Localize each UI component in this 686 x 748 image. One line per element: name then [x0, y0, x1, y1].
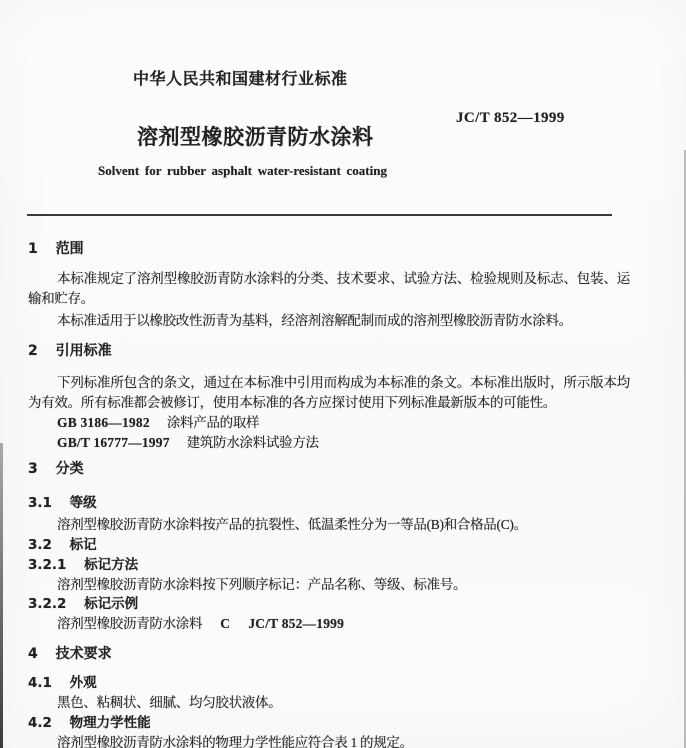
document-title-en: Solvent for rubber asphalt water-resista… [98, 163, 387, 179]
paragraph: 溶剂型橡胶沥青防水涂料的物理力学性能应符合表 1 的规定。 [28, 733, 630, 748]
example-product-name: 溶剂型橡胶沥青防水涂料 [57, 616, 202, 631]
reference-code: GB/T 16777—1997 [57, 435, 170, 450]
section-heading-references: 2 引用标准 [28, 341, 630, 361]
section-number: 1 [28, 239, 38, 259]
paragraph: 溶剂型橡胶沥青防水涂料按产品的抗裂性、低温柔性分为一等品(B)和合格品(C)。 [28, 515, 630, 535]
paragraph: 本标准适用于以橡胶改性沥青为基料，经溶剂溶解配制而成的溶剂型橡胶沥青防水涂料。 [28, 311, 630, 331]
clause-number: 3.2 [28, 535, 52, 555]
clause-title: 物理力学性能 [70, 715, 151, 731]
standard-code: JC/T 852—1999 [456, 110, 565, 127]
section-number: 4 [28, 644, 38, 664]
example-grade: C [220, 616, 230, 631]
paragraph: 下列标准所包含的条文，通过在本标准中引用而构成为本标准的条文。本标准出版时，所示… [28, 373, 630, 413]
clause-heading-appearance: 4.1 外观 [28, 673, 630, 693]
reference-code: GB 3186—1982 [57, 415, 150, 430]
marking-example: 溶剂型橡胶沥青防水涂料 C JC/T 852—1999 [28, 614, 659, 634]
clause-heading-grade: 3.1 等级 [28, 493, 630, 513]
clause-number: 3.1 [28, 493, 52, 513]
clause-title: 标记示例 [84, 596, 138, 612]
section-title: 技术要求 [56, 646, 112, 662]
paragraph: 本标准规定了溶剂型橡胶沥青防水涂料的分类、技术要求、试验方法、检验规则及标志、包… [28, 269, 630, 309]
reference-title: 建筑防水涂料试验方法 [187, 435, 319, 450]
example-standard-code: JC/T 852—1999 [248, 616, 344, 631]
section-number: 2 [28, 341, 38, 361]
reference-title: 涂料产品的取样 [167, 415, 259, 430]
section-heading-scope: 1 范围 [28, 239, 630, 259]
reference-item: GB 3186—1982 涂料产品的取样 [28, 413, 659, 433]
clause-heading-physical-properties: 4.2 物理力学性能 [28, 713, 630, 733]
section-title: 分类 [56, 461, 84, 477]
clause-title: 外观 [70, 675, 97, 691]
paragraph: 黑色、粘稠状、细腻、均匀胶状液体。 [28, 693, 630, 713]
section-heading-technical-requirements: 4 技术要求 [28, 644, 630, 664]
reference-item: GB/T 16777—1997 建筑防水涂料试验方法 [28, 433, 659, 453]
section-heading-classification: 3 分类 [28, 459, 630, 479]
paragraph: 溶剂型橡胶沥青防水涂料按下列顺序标记：产品名称、等级、标准号。 [28, 575, 630, 595]
clause-heading-marking-method: 3.2.1 标记方法 [28, 555, 630, 575]
header-divider [27, 214, 612, 216]
clause-heading-marking: 3.2 标记 [28, 535, 630, 555]
section-title: 引用标准 [56, 343, 112, 359]
clause-heading-marking-example: 3.2.2 标记示例 [28, 594, 630, 614]
clause-number: 3.2.2 [28, 594, 66, 614]
clause-title: 等级 [70, 495, 97, 511]
clause-number: 4.1 [28, 673, 52, 693]
scan-edge-left [0, 443, 3, 748]
clause-number: 4.2 [28, 713, 52, 733]
section-title: 范围 [56, 241, 84, 257]
clause-title: 标记 [70, 537, 97, 553]
document-title-zh: 溶剂型橡胶沥青防水涂料 [137, 121, 374, 151]
standard-type-label: 中华人民共和国建材行业标准 [133, 66, 348, 89]
clause-title: 标记方法 [84, 557, 138, 573]
section-number: 3 [28, 459, 38, 479]
scanned-document-page: 中华人民共和国建材行业标准 溶剂型橡胶沥青防水涂料 JC/T 852—1999 … [0, 0, 686, 748]
clause-number: 3.2.1 [28, 555, 66, 575]
